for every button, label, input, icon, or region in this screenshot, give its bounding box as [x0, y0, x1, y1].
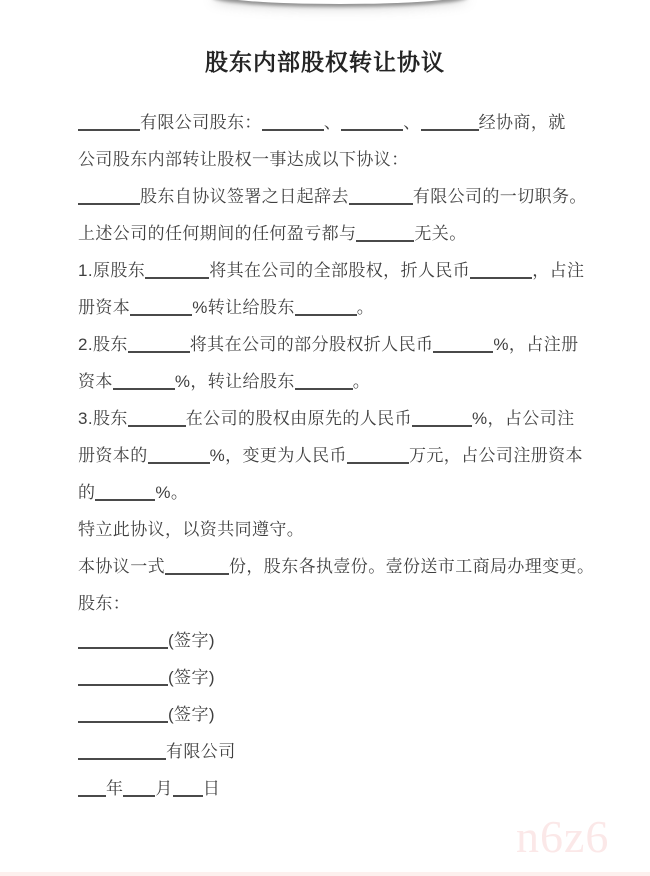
paragraph-opening: 有限公司股东：、、经协商，就公司股东内部转让股权一事达成以下协议： [78, 104, 650, 178]
text-line: (签字) [78, 659, 650, 696]
paragraph-signature-2: (签字) [78, 659, 650, 696]
fill-in-blank [128, 424, 186, 427]
text-run: 无关。 [414, 224, 466, 243]
text-run: 有限公司的一切职务。 [413, 187, 587, 206]
text-line: 有限公司股东：、、经协商，就 [78, 104, 650, 141]
text-line: 资本%，转让给股东。 [78, 363, 650, 400]
paragraph-company-signature: 有限公司 [78, 733, 650, 770]
text-line: 1.原股东将其在公司的全部股权，折人民币，占注 [78, 252, 650, 289]
fill-in-blank [421, 128, 479, 131]
text-run: 册资本 [78, 298, 130, 317]
fill-in-blank [295, 313, 357, 316]
text-run: 份，股东各执壹份。壹份送市工商局办理变更。 [229, 557, 594, 576]
text-line: 年月日 [78, 770, 650, 807]
fill-in-blank [262, 128, 324, 131]
fill-in-blank [433, 350, 493, 353]
fill-in-blank [148, 461, 210, 464]
fill-in-blank [78, 646, 168, 649]
text-run: 公司股东内部转让股权一事达成以下协议： [78, 150, 409, 169]
text-run: 在公司的股权由原先的人民币 [186, 409, 412, 428]
paragraph-signature-1: (签字) [78, 622, 650, 659]
text-line: 2.股东将其在公司的部分股权折人民币%，占注册 [78, 326, 650, 363]
text-run: %，占注册 [493, 335, 578, 354]
text-run: 日 [203, 779, 220, 798]
text-run: 将其在公司的全部股权，折人民币 [209, 261, 470, 280]
text-run: 有限公司 [166, 742, 236, 761]
text-line: 股东自协议签署之日起辞去有限公司的一切职务。 [78, 178, 650, 215]
document-title: 股东内部股权转让协议 [0, 0, 650, 77]
fill-in-blank [78, 128, 140, 131]
paragraph-clause-2: 2.股东将其在公司的部分股权折人民币%，占注册资本%，转让给股东。 [78, 326, 650, 400]
watermark-text: n6z6 [516, 812, 609, 862]
paragraph-profit-loss-disclaimer: 上述公司的任何期间的任何盈亏都与无关。 [78, 215, 650, 252]
text-line: 3.股东在公司的股权由原先的人民币%，占公司注 [78, 400, 650, 437]
text-run: 。 [353, 372, 370, 391]
text-run: 册资本的 [78, 446, 148, 465]
fill-in-blank [78, 202, 140, 205]
text-line: 册资本%转让给股东。 [78, 289, 650, 326]
fill-in-blank [78, 794, 106, 797]
fill-in-blank [356, 239, 414, 242]
text-run: (签字) [168, 631, 215, 650]
fill-in-blank [113, 387, 175, 390]
paragraph-mutual-compliance: 特立此协议，以资共同遵守。 [78, 511, 650, 548]
text-run: 有限公司股东： [140, 113, 262, 132]
text-line: 册资本的%，变更为人民币万元，占公司注册资本 [78, 437, 650, 474]
fill-in-blank [173, 794, 203, 797]
text-run: 股东： [78, 594, 130, 613]
fill-in-blank [349, 202, 413, 205]
text-run: 2.股东 [78, 335, 128, 354]
document-body: 有限公司股东：、、经协商，就公司股东内部转让股权一事达成以下协议：股东自协议签署… [0, 104, 650, 807]
text-line: 特立此协议，以资共同遵守。 [78, 511, 650, 548]
text-line: 本协议一式份，股东各执壹份。壹份送市工商局办理变更。 [78, 548, 650, 585]
fill-in-blank [95, 498, 155, 501]
text-line: 的%。 [78, 474, 650, 511]
text-run: ，占注 [532, 261, 584, 280]
text-line: 公司股东内部转让股权一事达成以下协议： [78, 141, 650, 178]
text-run: 本协议一式 [78, 557, 165, 576]
text-run: 1.原股东 [78, 261, 145, 280]
fill-in-blank [412, 424, 472, 427]
paragraph-signature-3: (签字) [78, 696, 650, 733]
text-line: (签字) [78, 696, 650, 733]
bottom-edge-strip [0, 872, 650, 876]
text-run: 。 [357, 298, 374, 317]
text-run: 经协商，就 [479, 113, 566, 132]
text-run: 、 [403, 113, 420, 132]
text-line: (签字) [78, 622, 650, 659]
paragraph-clause-3: 3.股东在公司的股权由原先的人民币%，占公司注册资本的%，变更为人民币万元，占公… [78, 400, 650, 511]
fill-in-blank [347, 461, 409, 464]
text-run: 股东自协议签署之日起辞去 [140, 187, 349, 206]
paragraph-resignation: 股东自协议签署之日起辞去有限公司的一切职务。 [78, 178, 650, 215]
fill-in-blank [341, 128, 403, 131]
text-run: %。 [155, 483, 188, 502]
text-line: 有限公司 [78, 733, 650, 770]
text-run: %，占公司注 [472, 409, 575, 428]
text-run: 的 [78, 483, 95, 502]
text-run: (签字) [168, 668, 215, 687]
text-run: (签字) [168, 705, 215, 724]
fill-in-blank [165, 572, 229, 575]
fill-in-blank [128, 350, 190, 353]
text-run: 3.股东 [78, 409, 128, 428]
paragraph-copies: 本协议一式份，股东各执壹份。壹份送市工商局办理变更。 [78, 548, 650, 585]
text-run: 万元，占公司注册资本 [409, 446, 583, 465]
fill-in-blank [78, 720, 168, 723]
fill-in-blank [78, 683, 168, 686]
text-run: 特立此协议，以资共同遵守。 [78, 520, 304, 539]
fill-in-blank [123, 794, 155, 797]
text-run: 将其在公司的部分股权折人民币 [190, 335, 434, 354]
fill-in-blank [470, 276, 532, 279]
paragraph-date: 年月日 [78, 770, 650, 807]
text-run: 上述公司的任何期间的任何盈亏都与 [78, 224, 356, 243]
text-run: 、 [324, 113, 341, 132]
text-run: 年 [106, 779, 123, 798]
text-line: 股东： [78, 585, 650, 622]
fill-in-blank [145, 276, 209, 279]
text-line: 上述公司的任何期间的任何盈亏都与无关。 [78, 215, 650, 252]
text-run: 月 [155, 779, 172, 798]
document-page: 股东内部股权转让协议 有限公司股东：、、经协商，就公司股东内部转让股权一事达成以… [0, 0, 650, 876]
paragraph-clause-1: 1.原股东将其在公司的全部股权，折人民币，占注册资本%转让给股东。 [78, 252, 650, 326]
text-run: %，变更为人民币 [210, 446, 347, 465]
text-run: %转让给股东 [192, 298, 295, 317]
fill-in-blank [78, 757, 166, 760]
fill-in-blank [130, 313, 192, 316]
text-run: 资本 [78, 372, 113, 391]
paragraph-shareholders-label: 股东： [78, 585, 650, 622]
fill-in-blank [295, 387, 353, 390]
text-run: %，转让给股东 [175, 372, 295, 391]
